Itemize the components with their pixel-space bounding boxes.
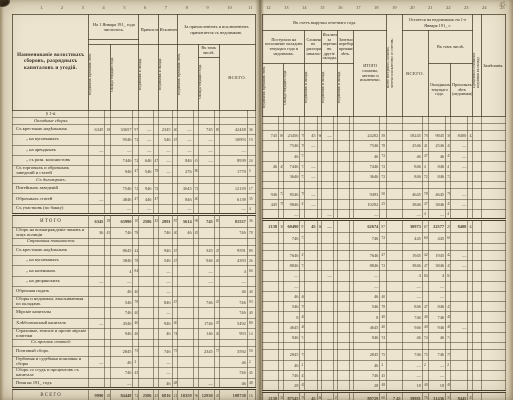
money-cell — [321, 370, 333, 380]
money-cell — [305, 210, 317, 220]
money-cell: 8645 — [111, 245, 133, 255]
kopeck-cell: 25 — [380, 199, 387, 209]
money-cell: 746 — [111, 367, 133, 378]
money-cell — [473, 117, 481, 124]
money-cell: 108738 — [219, 389, 247, 400]
money-cell: 946 — [111, 166, 133, 177]
header-box-written-off: Сложено по распоряженію начальства. — [305, 31, 321, 64]
table-row: „ съ разн. колонистовъ744672½64647½—8464… — [13, 155, 256, 165]
money-cell — [387, 151, 402, 161]
row-label: Сборъ на вознагражденіе чиновъ и лицъ по… — [13, 227, 89, 238]
money-cell — [305, 124, 317, 131]
header-group-label: ИТОГО сложено, зачтено и исключено. — [360, 63, 381, 82]
row-label: Пеня на 191_ годъ — [13, 378, 89, 388]
table-header-right: Въ счетъ выручки отчетнаго года. Всего п… — [263, 15, 506, 117]
table-row: Питейныхъ заведеній754672½94672½36457212… — [13, 184, 256, 194]
header-box-credited: Зачтено переборовъ прежнихъ лѣтъ. — [337, 31, 353, 64]
money-cell: 46 — [402, 151, 422, 161]
money-cell: — — [284, 210, 300, 220]
money-cell — [263, 271, 279, 281]
money-cell: 9845 — [428, 131, 445, 141]
table-row — [263, 117, 506, 124]
money-cell — [428, 124, 445, 131]
money-cell: — — [158, 166, 172, 177]
kopeck-cell: 2 — [247, 357, 255, 368]
money-cell — [481, 189, 505, 199]
money-cell — [387, 182, 402, 189]
money-cell: 46 — [284, 151, 300, 161]
money-cell: — — [305, 172, 317, 182]
column-number: 13 — [284, 5, 289, 10]
money-cell — [89, 328, 105, 339]
money-cell: 46 — [354, 291, 380, 301]
money-cell — [111, 339, 133, 346]
kopeck-cell: 36 — [247, 214, 255, 227]
money-cell: — — [428, 210, 445, 220]
money-cell — [473, 291, 481, 301]
money-cell: 89729 — [354, 391, 380, 400]
money-cell — [473, 281, 481, 291]
money-cell: — — [402, 281, 422, 291]
money-cell: 846 — [402, 172, 422, 182]
money-cell — [198, 238, 214, 245]
money-cell: 746 — [428, 312, 445, 322]
money-cell — [198, 166, 214, 177]
money-cell: 946 — [158, 318, 172, 328]
money-cell — [158, 194, 172, 204]
kopeck-cell — [380, 182, 387, 189]
table-row: Страховые, земскіе и прочіе мірскіе плат… — [13, 328, 256, 339]
money-cell — [473, 172, 481, 182]
money-cell — [473, 233, 481, 243]
money-cell: — — [321, 271, 333, 281]
money-cell: 12930 — [198, 389, 214, 400]
money-cell — [139, 111, 153, 118]
money-cell — [451, 360, 468, 370]
row-label: „ на купленныхъ — [13, 135, 89, 145]
money-cell: 3846 — [428, 199, 445, 209]
money-cell — [263, 182, 279, 189]
money-cell — [139, 245, 153, 255]
row-label-text: „ на дворянскихъ — [16, 279, 86, 284]
money-cell: 4 — [111, 266, 133, 276]
money-cell: 2546 — [402, 141, 422, 151]
money-cell: — — [89, 145, 105, 155]
money-cell: 46 — [158, 328, 172, 339]
money-cell — [198, 287, 214, 297]
money-cell: 87545 — [284, 391, 300, 400]
money-cell: 9493 — [354, 189, 380, 199]
table-row: Гербовыя и судебныя пошлины и сборы—462—… — [13, 357, 256, 368]
money-cell — [387, 260, 402, 270]
money-cell — [139, 177, 153, 184]
header-group-excluded: Исключено. — [158, 15, 177, 45]
row-label: Съ крестьянъ надѣльныхъ — [13, 125, 89, 135]
money-cell: 46 — [428, 333, 445, 343]
money-cell — [305, 281, 317, 291]
header-rotated-r-transferred: Недоимокъ и оклада. — [321, 64, 337, 117]
money-cell: 30973 — [402, 220, 422, 233]
money-cell: — — [451, 199, 468, 209]
money-cell: — — [305, 189, 317, 199]
money-cell — [387, 233, 402, 243]
money-cell — [139, 266, 153, 276]
money-cell — [89, 378, 105, 388]
money-cell: 63990 — [111, 214, 133, 227]
column-number: 22 — [446, 5, 451, 10]
money-cell — [473, 189, 481, 199]
header-group-label: Причислено. — [140, 27, 158, 32]
column-number: 14 — [302, 5, 307, 10]
money-cell — [321, 117, 333, 124]
money-cell: 746 — [284, 370, 300, 380]
money-cell — [158, 339, 172, 346]
money-cell: 4645 — [428, 189, 445, 199]
money-cell — [473, 250, 481, 260]
money-cell — [387, 291, 402, 301]
money-cell: 4546 — [111, 318, 133, 328]
table-row: Съ договоровъ: — [13, 177, 256, 184]
money-cell: 846 — [177, 194, 193, 204]
money-cell: 946 — [284, 333, 300, 343]
column-number: 24 — [482, 5, 487, 10]
money-cell — [337, 271, 349, 281]
header-rotated-label: Недоимокъ и оклада. — [338, 71, 353, 104]
money-cell — [263, 381, 279, 391]
table-row: 4645744672—74467284648464— — [263, 161, 506, 171]
table-row: § 1-й. — [13, 111, 256, 118]
money-cell: — — [219, 276, 247, 286]
money-cell — [89, 339, 105, 346]
money-cell — [89, 135, 105, 145]
money-cell: — — [451, 250, 468, 260]
money-cell: 946 — [139, 184, 153, 194]
money-cell — [198, 184, 214, 194]
header-group-label: Сложено по распоряженію начальства. — [306, 37, 321, 56]
money-cell: — — [139, 125, 153, 135]
column-number: 2 — [61, 5, 63, 10]
money-cell — [139, 328, 153, 339]
column-number: 18 — [374, 5, 379, 10]
kopeck-cell — [380, 117, 387, 124]
header-rotated-percent: Процентное отношеніе недоимки къ окладу. — [473, 15, 481, 117]
table-row: Окладные сборы: — [13, 118, 256, 125]
money-cell — [89, 155, 105, 165]
money-cell — [305, 151, 317, 161]
money-cell: — — [321, 210, 333, 220]
table-row: Оброчныхъ статей—484647½44647½8464061393… — [13, 194, 256, 204]
money-cell: — — [89, 194, 105, 204]
header-box-replenish: Поступило на пополненіе окладовъ текущаг… — [263, 31, 305, 64]
money-cell: 7646 — [354, 250, 380, 260]
kopeck-cell: 40 — [380, 291, 387, 301]
table-row: Съ торговыхъ и оброчныхъ заведеній и ста… — [13, 166, 256, 177]
money-cell: 46 — [263, 161, 279, 171]
header-group-label: Замѣчанія. — [483, 63, 503, 68]
money-cell: 846 — [402, 302, 422, 312]
kopeck-cell: 72 — [380, 172, 387, 182]
row-label-text: „ на купленныхъ — [16, 258, 86, 263]
money-cell — [473, 343, 481, 350]
table-row: 2845752845757467574675 — [263, 350, 506, 360]
money-cell — [321, 260, 333, 270]
header-title-col: Наименованіе волостныхъ сборовъ, разрядн… — [13, 15, 89, 111]
money-cell — [481, 131, 505, 141]
money-cell — [387, 322, 402, 332]
ledger-table-left: Наименованіе волостныхъ сборовъ, разрядн… — [12, 14, 256, 400]
kopeck-cell: 72 — [380, 260, 387, 270]
money-cell: — — [198, 266, 214, 276]
money-cell — [321, 243, 333, 250]
money-cell — [451, 312, 468, 322]
money-cell — [451, 233, 468, 243]
money-cell: 8939 — [219, 155, 247, 165]
money-cell — [89, 166, 105, 177]
money-cell: 2345 — [198, 346, 214, 356]
table-row: 7464574645—— — [263, 370, 506, 380]
money-cell — [305, 182, 317, 189]
header-rotated-label: Оклада текущаго года. — [199, 64, 219, 100]
money-cell: 2891 — [158, 214, 172, 227]
money-cell — [263, 312, 279, 322]
money-cell — [337, 312, 349, 322]
header-remaining-current: Окладныхъ текущаго года. — [428, 64, 450, 117]
total-row: 21383087545704560—289729607 453988176314… — [263, 391, 506, 400]
column-number: 6 — [144, 5, 146, 10]
money-cell — [481, 161, 505, 171]
header-rotated-label: Недоимокъ прежнихъ лѣтъ. — [178, 53, 198, 96]
money-cell — [139, 357, 153, 368]
total-row: ИТОГО634518½6399010¼258645½289187561496½… — [13, 214, 256, 227]
money-cell: — — [111, 276, 133, 286]
table-row: „ на казенныхъ484¾——484 — [13, 266, 256, 276]
header-title-text: Наименованіе волостныхъ сборовъ, разрядн… — [17, 53, 84, 71]
money-cell — [337, 172, 349, 182]
money-cell — [428, 243, 445, 250]
money-cell: 546 — [139, 166, 153, 177]
money-cell: 46 — [219, 357, 247, 368]
money-cell: 946 — [402, 322, 422, 332]
money-cell: 445 — [428, 233, 445, 243]
money-cell: 3646 — [354, 172, 380, 182]
kopeck-cell — [380, 124, 387, 131]
kopeck-cell: 19 — [247, 135, 255, 145]
money-cell — [158, 184, 172, 194]
table-row: Съ крестьянъ надѣльныхъ864542½9464734547… — [13, 245, 256, 255]
kopeck-cell: 50 — [380, 189, 387, 199]
money-cell: — — [354, 210, 380, 220]
table-row: 2848284818401840 — [263, 381, 506, 391]
money-cell: — — [284, 281, 300, 291]
money-cell — [481, 151, 505, 161]
row-label: Гербовыя и судебныя пошлины и сборы — [13, 357, 89, 368]
header-rotated-label: Недоимокъ прежнихъ лѣтъ. — [89, 53, 110, 96]
money-cell — [451, 271, 468, 281]
header-rotated-label: Недоимокъ прежнихъ лѣтъ. — [263, 66, 283, 109]
money-cell — [481, 233, 505, 243]
money-cell — [387, 210, 402, 220]
money-cell — [177, 357, 193, 368]
kopeck-cell: 58 — [380, 131, 387, 141]
money-cell: 45 — [305, 220, 317, 233]
kopeck-cell: 78 — [247, 227, 255, 238]
money-cell — [321, 199, 333, 209]
kopeck-cell — [380, 271, 387, 281]
money-cell — [263, 243, 279, 250]
money-cell: — — [158, 145, 172, 155]
money-cell — [473, 141, 481, 151]
money-cell — [387, 281, 402, 291]
money-cell — [139, 238, 153, 245]
kopeck-cell — [247, 276, 255, 286]
money-cell — [305, 350, 317, 360]
money-cell — [321, 182, 333, 189]
table-row: ———— — [263, 281, 506, 291]
money-cell — [473, 350, 481, 360]
money-cell — [263, 360, 279, 370]
table-row: 4645404645409464094640— — [263, 322, 506, 332]
row-label: Почтовый сборъ — [13, 346, 89, 356]
money-cell — [321, 381, 333, 391]
money-cell: — — [89, 357, 105, 368]
money-cell — [387, 343, 402, 350]
ledger-table-right: Въ счетъ выручки отчетнаго года. Всего п… — [262, 14, 506, 400]
money-cell: 31436 — [428, 391, 445, 400]
money-cell — [198, 357, 214, 368]
row-label: Мірскіе капиталы — [13, 308, 89, 318]
money-cell: 23456 — [284, 131, 300, 141]
money-cell: — — [139, 145, 153, 155]
column-number: 3 — [82, 5, 84, 10]
money-cell — [139, 367, 153, 378]
money-cell — [387, 117, 402, 124]
money-cell — [177, 328, 193, 339]
money-cell: 7446 — [284, 161, 300, 171]
money-cell — [481, 271, 505, 281]
money-cell — [473, 322, 481, 332]
money-cell — [158, 238, 172, 245]
money-cell — [177, 276, 193, 286]
money-cell — [111, 177, 133, 184]
money-cell: 36 — [89, 227, 105, 238]
row-label: Оброчныхъ статей — [13, 194, 89, 204]
table-row: Сборъ на вознагражденіе чиновъ и лицъ по… — [13, 227, 256, 238]
money-cell: 6345 — [89, 214, 105, 227]
money-cell — [263, 151, 279, 161]
header-group-label: Поступило на пополненіе окладовъ текущаг… — [265, 37, 302, 56]
money-cell — [177, 287, 193, 297]
money-cell — [263, 302, 279, 312]
kopeck-cell: 40 — [247, 287, 255, 297]
header-remaining-past: Прошлыхъ лѣтъ (недоимки). — [451, 64, 473, 117]
column-number: 17 — [356, 5, 361, 10]
money-cell — [402, 182, 422, 189]
money-cell: 846 — [402, 161, 422, 171]
money-cell — [481, 243, 505, 250]
header-remaining-vtch: Въ томъ числѣ. — [428, 31, 473, 64]
money-cell: 10093 — [219, 135, 247, 145]
money-cell: 446 — [139, 194, 153, 204]
row-label: Страховые, земскіе и прочіе мірскіе плат… — [13, 328, 89, 339]
money-cell: — — [198, 155, 214, 165]
money-cell — [219, 118, 247, 125]
table-row: 74672746724456044560 — [263, 233, 506, 243]
money-cell — [473, 151, 481, 161]
money-cell: — — [158, 266, 172, 276]
money-cell: 746 — [219, 297, 247, 308]
kopeck-cell: 45 — [247, 367, 255, 378]
header-remarks: Замѣчанія. — [481, 15, 505, 117]
money-cell: 745 — [198, 125, 214, 135]
header-rotated-r-assessment: Оклада текущаго года. — [284, 64, 305, 117]
money-cell: 24202 — [354, 131, 380, 141]
money-cell: 746 — [219, 308, 247, 318]
money-cell — [139, 339, 153, 346]
money-cell — [481, 333, 505, 343]
column-number: 16 — [338, 5, 343, 10]
money-cell: 746 — [198, 297, 214, 308]
money-cell — [158, 204, 172, 214]
money-cell: — — [177, 204, 193, 214]
table-row: Мірскіе капиталы74640½—74640 — [13, 308, 256, 318]
money-cell: — — [428, 291, 445, 301]
money-cell — [473, 260, 481, 270]
money-cell — [387, 350, 402, 360]
money-cell — [387, 161, 402, 171]
money-cell — [387, 131, 402, 141]
header-group-label: Исключено за перечисленіемъ въ другіе ок… — [323, 32, 338, 60]
money-cell: 7546 — [111, 184, 133, 194]
money-cell — [451, 210, 468, 220]
money-cell: — — [139, 135, 153, 145]
money-cell — [263, 250, 279, 260]
money-cell: — — [158, 287, 172, 297]
money-cell: 4645 — [402, 189, 422, 199]
money-cell — [387, 250, 402, 260]
money-cell — [481, 302, 505, 312]
table-row: Почтовый сборъ28457574675234575359250 — [13, 346, 256, 356]
kopeck-cell: 72 — [380, 233, 387, 243]
table-row: 94672854678—949350464578464578— — [263, 189, 506, 199]
header-group-label: Въ томъ числѣ. — [437, 44, 464, 49]
money-cell: 746 — [111, 227, 133, 238]
money-cell: 746 — [428, 350, 445, 360]
money-cell — [305, 233, 317, 243]
money-cell: 946 — [111, 328, 133, 339]
kopeck-cell — [247, 118, 255, 125]
money-cell — [451, 370, 468, 380]
money-cell — [198, 177, 214, 184]
money-cell — [387, 271, 402, 281]
money-cell: 746 — [284, 233, 300, 243]
money-cell: — — [451, 141, 468, 151]
money-cell: — — [89, 318, 105, 328]
kopeck-cell: 40 — [380, 322, 387, 332]
table-row: 764647764647194542194542— — [263, 250, 506, 260]
money-cell — [263, 117, 279, 124]
column-number: 21 — [428, 5, 433, 10]
table-row: Съ прочихъ статей: — [13, 339, 256, 346]
money-cell — [219, 111, 247, 118]
money-cell — [451, 281, 468, 291]
money-cell — [473, 243, 481, 250]
money-cell: 6345 — [89, 125, 105, 135]
money-cell: 546 — [284, 302, 300, 312]
money-cell — [481, 220, 505, 233]
money-cell: 46 — [158, 378, 172, 388]
table-row: 884672884672384647384647— — [263, 260, 506, 270]
table-row: 8408407464074640 — [263, 312, 506, 322]
